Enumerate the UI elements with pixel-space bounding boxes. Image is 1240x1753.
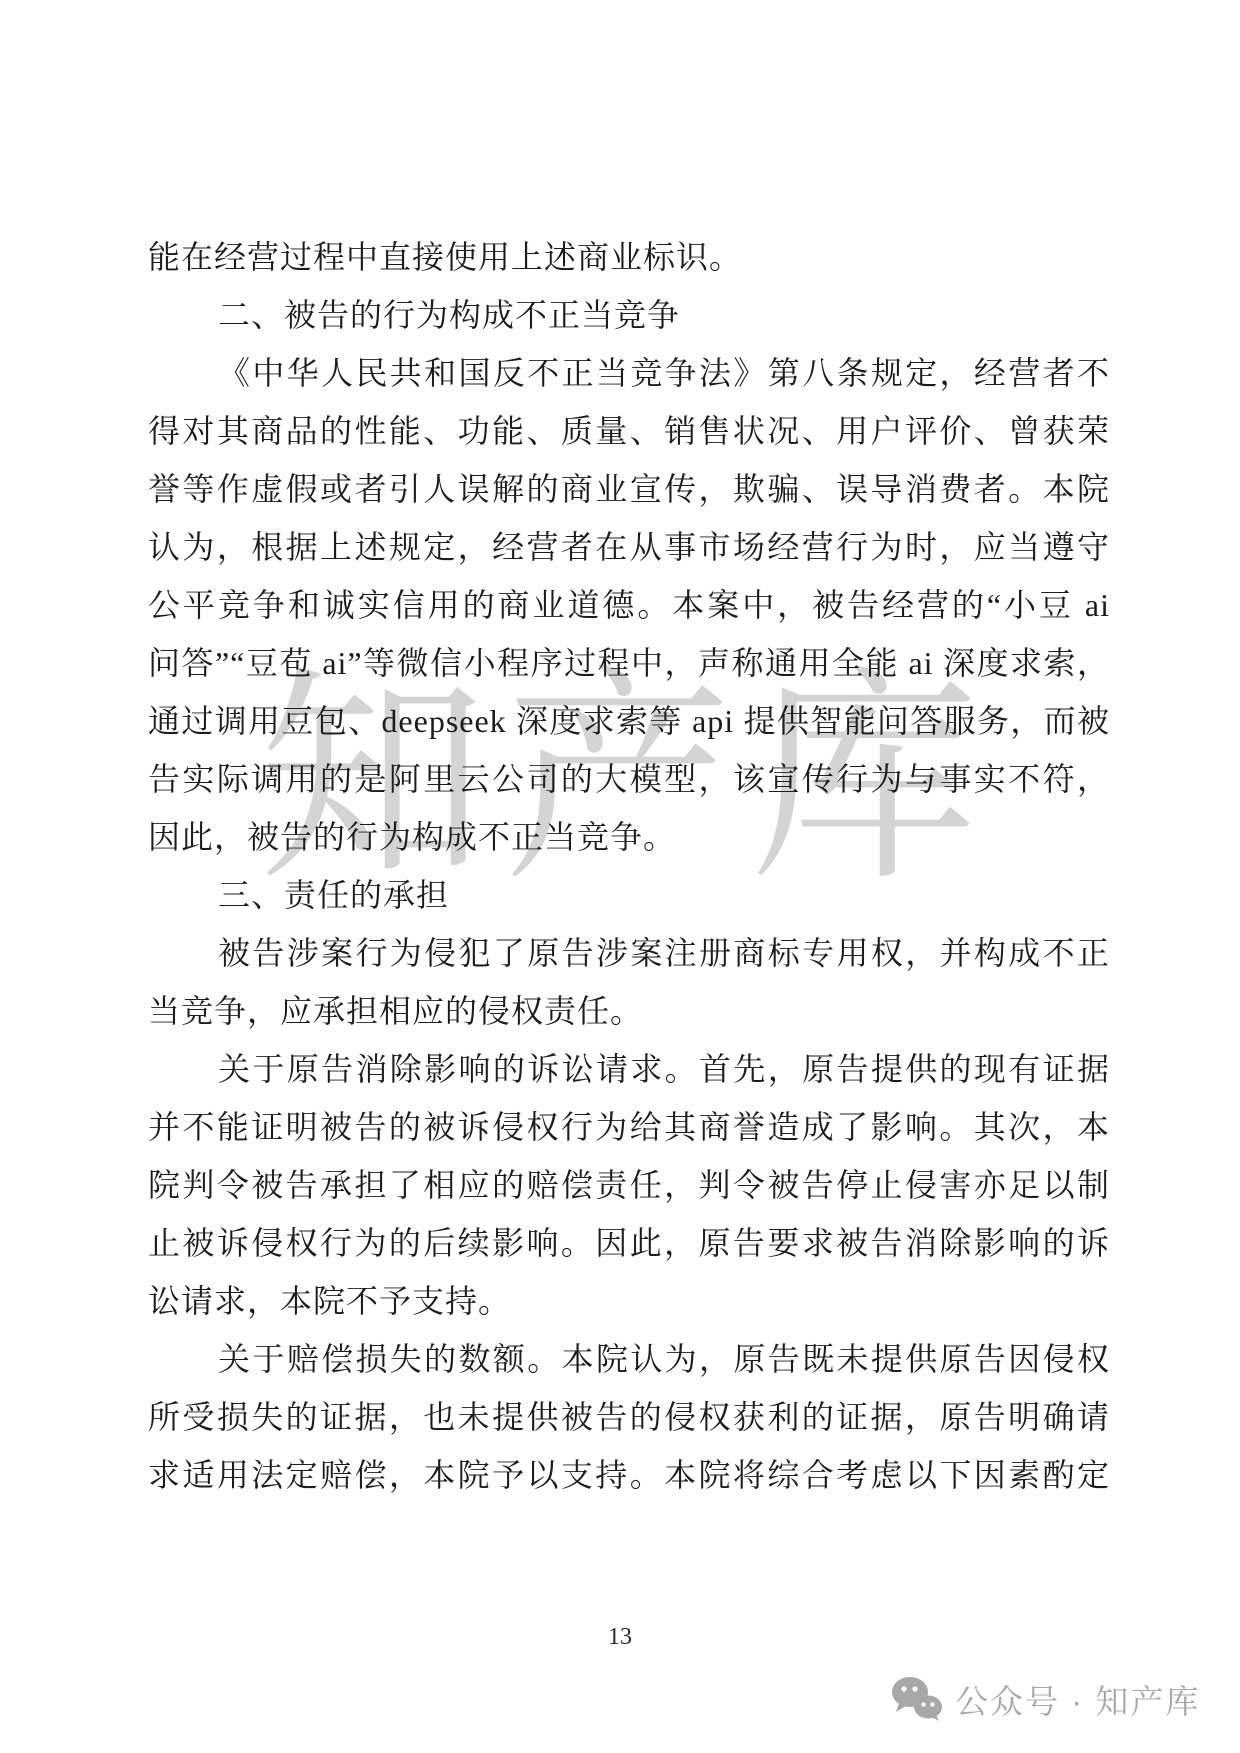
- text-line: 誉等作虚假或者引人误解的商业宣传，欺骗、误导消费者。本院: [148, 460, 1110, 518]
- text-line: 得对其商品的性能、功能、质量、销售状况、用户评价、曾获荣: [148, 402, 1110, 460]
- section-heading: 二、被告的行为构成不正当竞争: [148, 286, 1110, 344]
- text-line: 院判令被告承担了相应的赔偿责任，判令被告停止侵害亦足以制: [148, 1156, 1110, 1214]
- page-number: 13: [0, 1624, 1240, 1651]
- text-line: 认为，根据上述规定，经营者在从事市场经营行为时，应当遵守: [148, 518, 1110, 576]
- section-heading: 三、责任的承担: [148, 866, 1110, 924]
- text-line: 求适用法定赔偿，本院予以支持。本院将综合考虑以下因素酌定: [148, 1446, 1110, 1504]
- text-line: 告实际调用的是阿里云公司的大模型，该宣传行为与事实不符，: [148, 750, 1110, 808]
- text-line: 公平竞争和诚实信用的商业道德。本案中，被告经营的“小豆 ai: [148, 576, 1110, 634]
- text-line: 讼请求，本院不予支持。: [148, 1272, 1110, 1330]
- text-line: 当竞争，应承担相应的侵权责任。: [148, 982, 1110, 1040]
- wechat-icon: [891, 1676, 943, 1722]
- footer-account-label: 公众号 · 知产库: [955, 1676, 1200, 1723]
- text-line: 《中华人民共和国反不正当竞争法》第八条规定，经营者不: [148, 344, 1110, 402]
- text-line: 因此，被告的行为构成不正当竞争。: [148, 808, 1110, 866]
- text-line: 关于原告消除影响的诉讼请求。首先，原告提供的现有证据: [148, 1040, 1110, 1098]
- text-line: 止被诉侵权行为的后续影响。因此，原告要求被告消除影响的诉: [148, 1214, 1110, 1272]
- footer-brand: 公众号 · 知产库: [891, 1674, 1200, 1724]
- document-page: 知产库 能在经营过程中直接使用上述商业标识。 二、被告的行为构成不正当竞争 《中…: [0, 0, 1240, 1753]
- text-line: 所受损失的证据，也未提供被告的侵权获利的证据，原告明确请: [148, 1388, 1110, 1446]
- text-line: 通过调用豆包、deepseek 深度求索等 api 提供智能问答服务，而被: [148, 692, 1110, 750]
- judgment-body: 能在经营过程中直接使用上述商业标识。 二、被告的行为构成不正当竞争 《中华人民共…: [148, 228, 1110, 1504]
- text-line: 并不能证明被告的被诉侵权行为给其商誉造成了影响。其次，本: [148, 1098, 1110, 1156]
- text-line: 能在经营过程中直接使用上述商业标识。: [148, 228, 1110, 286]
- text-line: 被告涉案行为侵犯了原告涉案注册商标专用权，并构成不正: [148, 924, 1110, 982]
- text-line: 关于赔偿损失的数额。本院认为，原告既未提供原告因侵权: [148, 1330, 1110, 1388]
- text-line: 问答”“豆苞 ai”等微信小程序过程中，声称通用全能 ai 深度求索，: [148, 634, 1110, 692]
